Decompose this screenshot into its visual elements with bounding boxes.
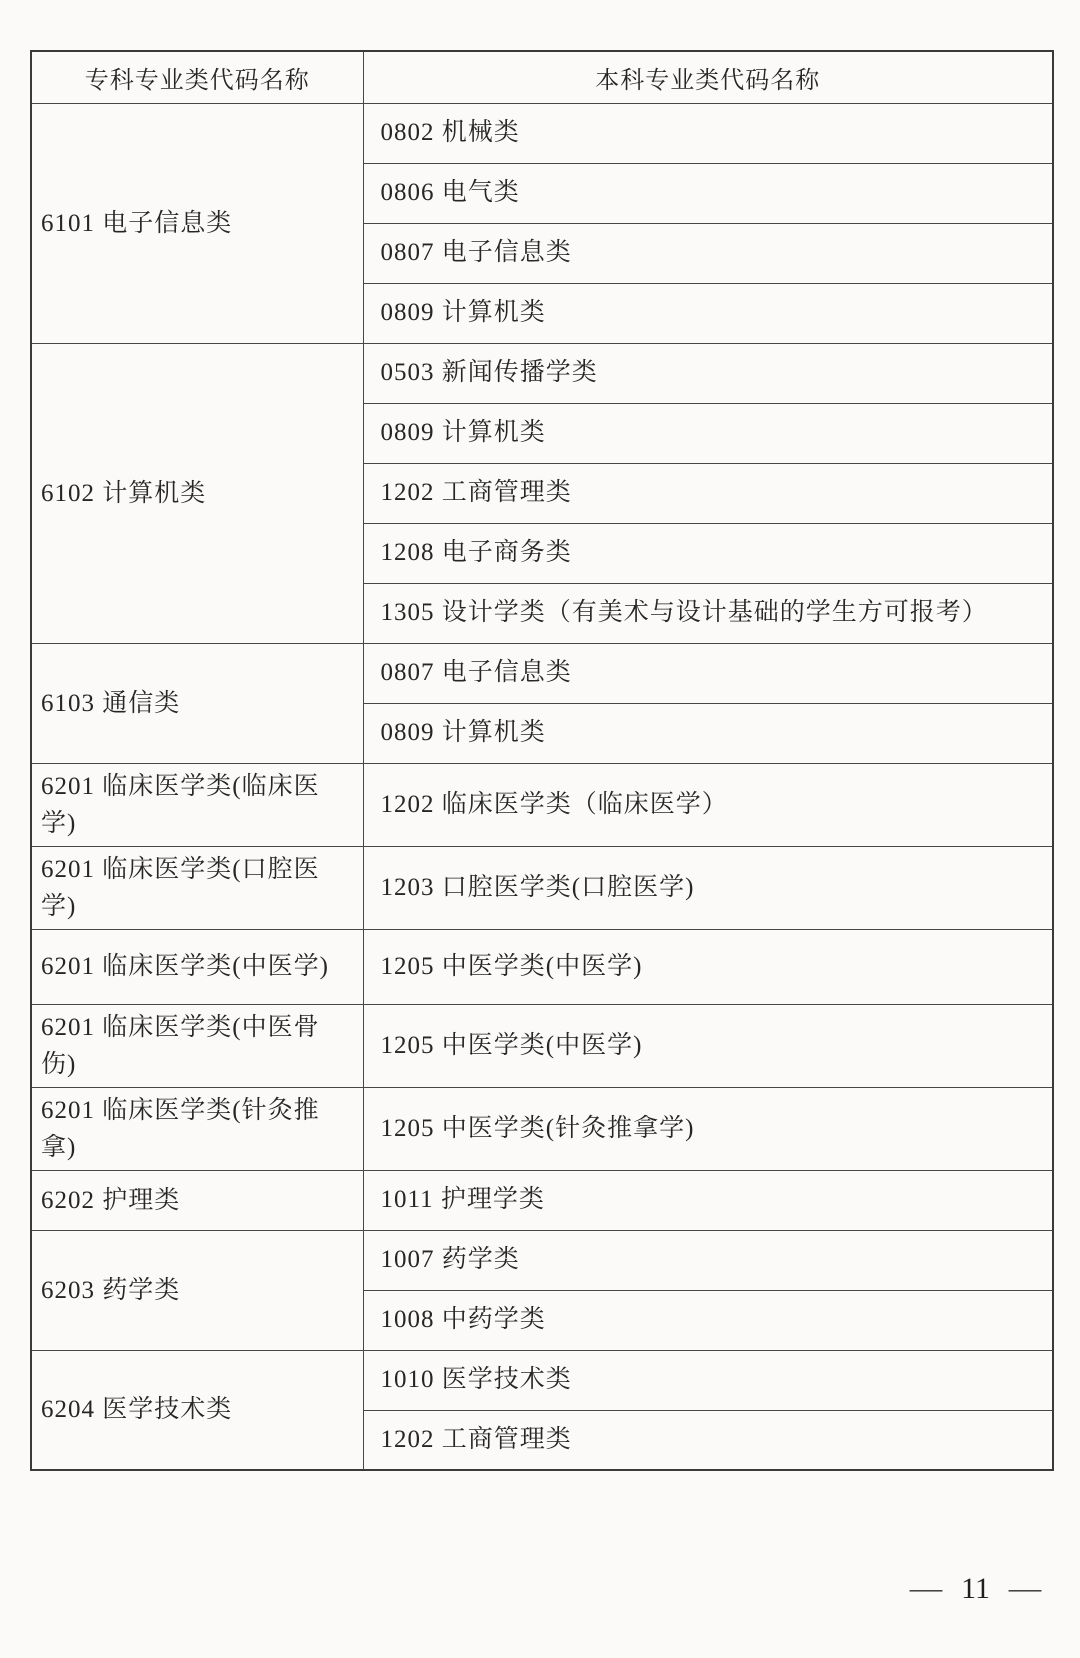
undergrad-category-cell: 1205 中医学类(针灸推拿学) [363,1087,1053,1170]
major-code-mapping-table: 专科专业类代码名称 本科专业类代码名称 6101 电子信息类 0802 机械类 … [30,50,1054,1471]
undergrad-category-cell: 0802 机械类 [363,103,1053,163]
spec-category-cell: 6203 药学类 [31,1230,363,1350]
undergrad-category-cell: 1011 护理学类 [363,1170,1053,1230]
table-row: 6203 药学类 1007 药学类 [31,1230,1053,1290]
table-row: 6102 计算机类 0503 新闻传播学类 [31,343,1053,403]
spec-category-cell: 6101 电子信息类 [31,103,363,343]
undergrad-category-cell: 1205 中医学类(中医学) [363,929,1053,1004]
table-header-row: 专科专业类代码名称 本科专业类代码名称 [31,51,1053,103]
table-row: 6201 临床医学类(针灸推拿) 1205 中医学类(针灸推拿学) [31,1087,1053,1170]
undergrad-category-cell: 0809 计算机类 [363,703,1053,763]
table-row: 6201 临床医学类(临床医学) 1202 临床医学类（临床医学） [31,763,1053,846]
spec-category-cell: 6202 护理类 [31,1170,363,1230]
undergrad-category-cell: 1202 临床医学类（临床医学） [363,763,1053,846]
table-row: 6201 临床医学类(中医学) 1205 中医学类(中医学) [31,929,1053,1004]
undergrad-category-cell: 0807 电子信息类 [363,643,1053,703]
undergrad-category-cell: 1008 中药学类 [363,1290,1053,1350]
spec-category-cell: 6201 临床医学类(针灸推拿) [31,1087,363,1170]
undergrad-category-cell: 1203 口腔医学类(口腔医学) [363,846,1053,929]
undergrad-category-cell: 0809 计算机类 [363,403,1053,463]
page-number: 11 [961,1572,990,1606]
footer-dash-left: — [910,1574,943,1604]
undergrad-category-cell: 1007 药学类 [363,1230,1053,1290]
undergrad-category-cell: 1305 设计学类（有美术与设计基础的学生方可报考） [363,583,1053,643]
undergrad-category-cell: 1202 工商管理类 [363,463,1053,523]
undergrad-category-cell: 0807 电子信息类 [363,223,1053,283]
footer-dash-right: — [1009,1574,1042,1604]
header-spec-category: 专科专业类代码名称 [31,51,363,103]
undergrad-category-cell: 1202 工商管理类 [363,1410,1053,1470]
spec-category-cell: 6201 临床医学类(口腔医学) [31,846,363,929]
spec-category-cell: 6201 临床医学类(中医骨伤) [31,1004,363,1087]
header-undergrad-category: 本科专业类代码名称 [363,51,1053,103]
table-row: 6201 临床医学类(中医骨伤) 1205 中医学类(中医学) [31,1004,1053,1087]
spec-category-cell: 6201 临床医学类(中医学) [31,929,363,1004]
undergrad-category-cell: 1208 电子商务类 [363,523,1053,583]
spec-category-cell: 6103 通信类 [31,643,363,763]
scanned-page: { "document": { "table": { "header": { "… [0,0,1080,1658]
undergrad-category-cell: 1205 中医学类(中医学) [363,1004,1053,1087]
table-row: 6204 医学技术类 1010 医学技术类 [31,1350,1053,1410]
undergrad-category-cell: 1010 医学技术类 [363,1350,1053,1410]
spec-category-cell: 6201 临床医学类(临床医学) [31,763,363,846]
table-row: 6202 护理类 1011 护理学类 [31,1170,1053,1230]
table-row: 6101 电子信息类 0802 机械类 [31,103,1053,163]
spec-category-cell: 6204 医学技术类 [31,1350,363,1470]
undergrad-category-cell: 0809 计算机类 [363,283,1053,343]
table-row: 6201 临床医学类(口腔医学) 1203 口腔医学类(口腔医学) [31,846,1053,929]
page-number-footer: — 11 — [913,1572,1038,1606]
mapping-table-sheet: 专科专业类代码名称 本科专业类代码名称 6101 电子信息类 0802 机械类 … [30,50,1052,1471]
undergrad-category-cell: 0806 电气类 [363,163,1053,223]
table-row: 6103 通信类 0807 电子信息类 [31,643,1053,703]
spec-category-cell: 6102 计算机类 [31,343,363,643]
undergrad-category-cell: 0503 新闻传播学类 [363,343,1053,403]
